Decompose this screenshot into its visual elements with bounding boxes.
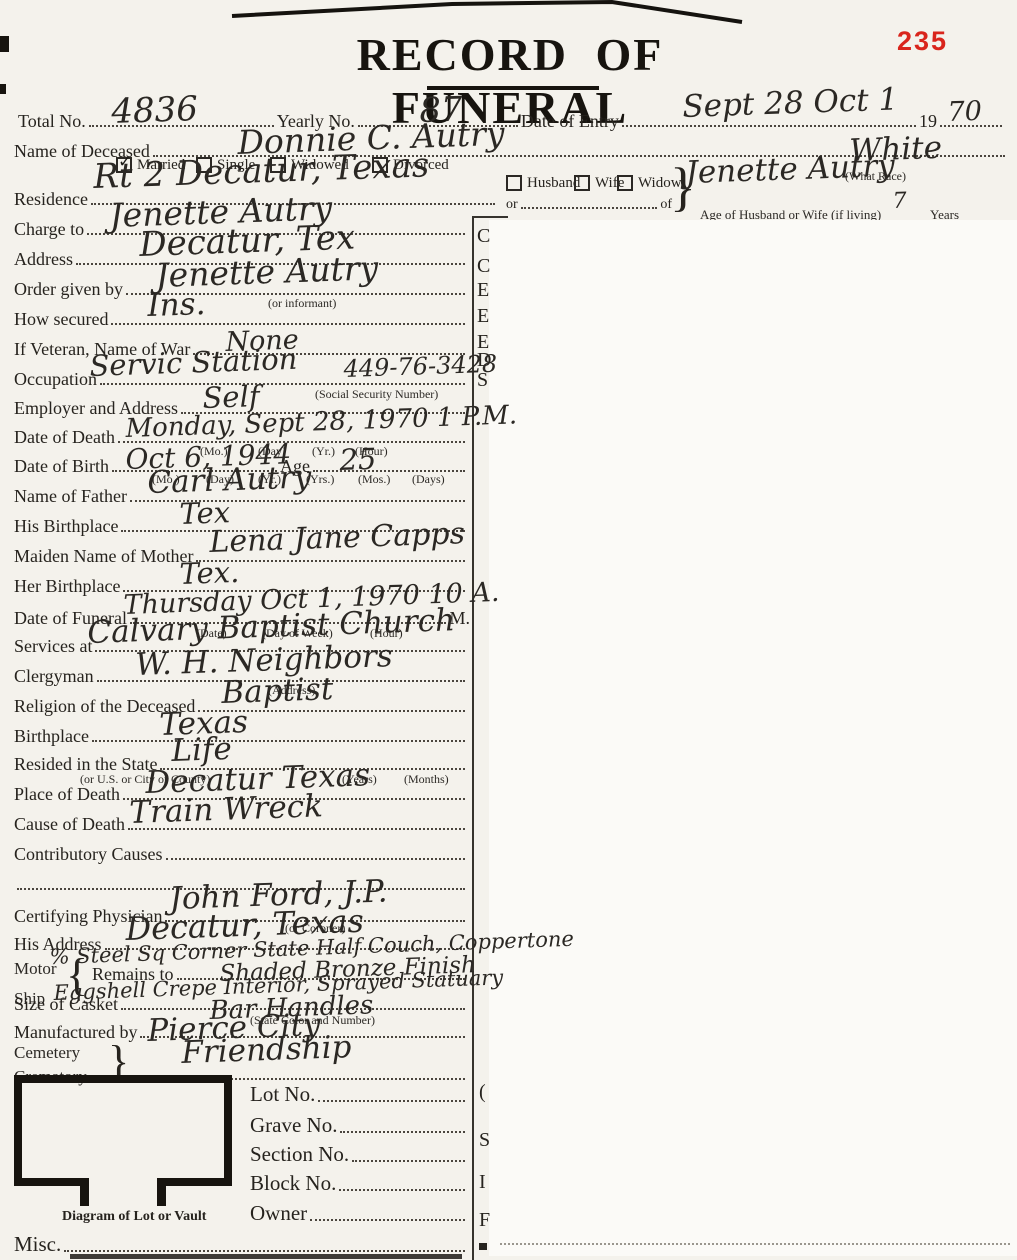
hw-employer: Self — [202, 382, 260, 413]
field-lot-no: Lot No. — [250, 1081, 468, 1107]
how-secured-label: How secured — [14, 310, 108, 330]
field-block-no: Block No. — [250, 1170, 468, 1196]
cemetery-label: Cemetery — [14, 1044, 80, 1061]
hw-cause-of-death: Train Wreck — [129, 791, 323, 829]
lot-vault-diagram — [14, 1075, 236, 1210]
field-section-no: Section No. — [250, 1141, 468, 1167]
or-of-row: or of — [506, 192, 672, 214]
hw-how-secured: Ins. — [147, 289, 206, 322]
cutoff-letter: E — [477, 280, 489, 300]
scan-artifact-mark — [0, 84, 6, 94]
grave-no-label: Grave No. — [250, 1115, 337, 1138]
funeral-record-page: 235 RECORD OF FUNERAL Total No. Yearly N… — [0, 0, 1017, 1260]
cutoff-letter: C — [477, 226, 490, 246]
date-of-death-label: Date of Death — [14, 428, 115, 448]
date-of-birth-label: Date of Birth — [14, 457, 109, 477]
diagram-caption: Diagram of Lot or Vault — [62, 1209, 206, 1225]
charge-to-label: Charge to — [14, 220, 84, 240]
dotted-line — [310, 1219, 465, 1221]
field-contributory: Contributory Causes — [14, 839, 468, 865]
year-prefix: 19 — [919, 112, 937, 132]
cutoff-letter: F — [479, 1210, 490, 1230]
dotted-line — [622, 125, 916, 127]
address-label: Address — [14, 250, 73, 270]
cutoff-letter: S — [479, 1130, 490, 1150]
or-label: or — [506, 198, 518, 214]
page-number: 235 — [897, 26, 948, 57]
hw-total-no: 4836 — [111, 92, 199, 129]
column-divider-tick — [474, 216, 508, 218]
hw-date-of-entry: Sept 28 Oct 1 — [682, 84, 899, 123]
mother-label: Maiden Name of Mother — [14, 547, 193, 567]
clergyman-label: Clergyman — [14, 667, 94, 687]
cutoff-letter: I — [479, 1172, 486, 1192]
hw-cemetery: Friendship — [181, 1032, 352, 1069]
owner-label: Owner — [250, 1203, 307, 1226]
dotted-line — [64, 1250, 465, 1252]
birthplace-label: Birthplace — [14, 727, 89, 747]
block-no-label: Block No. — [250, 1173, 336, 1196]
hw-occupation: Servic Station — [89, 345, 298, 381]
hw-father: Carl Autry — [147, 462, 312, 499]
covering-blank-page — [489, 220, 1017, 1256]
dotted-line — [92, 740, 465, 742]
occupation-label: Occupation — [14, 370, 97, 390]
section-no-label: Section No. — [250, 1144, 349, 1167]
father-label: Name of Father — [14, 487, 127, 507]
his-birthplace-label: His Birthplace — [14, 517, 118, 537]
scan-artifact-bottom-bar — [70, 1254, 462, 1259]
dotted-line — [521, 207, 658, 209]
misc-label: Misc. — [14, 1234, 61, 1257]
dotted-line — [100, 383, 465, 385]
hw-age: 25 — [339, 445, 377, 475]
field-grave-no: Grave No. — [250, 1112, 468, 1138]
date-of-entry-label: Date of Entry — [521, 112, 619, 132]
dotted-line — [339, 1189, 465, 1191]
dotted-line — [352, 1160, 465, 1162]
hw-spouse-name: Jenette Autry — [685, 151, 895, 189]
hw-spouse-age: 7 — [892, 191, 907, 213]
hw-mother: Lena Jane Capps — [209, 519, 465, 558]
lot-no-label: Lot No. — [250, 1084, 315, 1107]
husband-checkbox-box — [506, 175, 522, 191]
field-owner: Owner — [250, 1200, 468, 1226]
contributory-label: Contributory Causes — [14, 845, 163, 865]
checkbox-husband: Husband — [506, 175, 580, 191]
total-no-label: Total No. — [18, 112, 86, 132]
husband-label: Husband — [527, 176, 580, 191]
cutoff-mark — [479, 1243, 487, 1250]
hw-entry-year: 70 — [947, 98, 982, 126]
dotted-line — [166, 858, 466, 860]
cutoff-letter: ( — [479, 1082, 486, 1102]
services-at-label: Services at — [14, 637, 92, 657]
place-of-death-label: Place of Death — [14, 785, 120, 805]
cutoff-letter: E — [477, 306, 489, 326]
cause-of-death-label: Cause of Death — [14, 815, 125, 835]
scan-artifact-line — [0, 0, 800, 30]
widow-checkbox-box — [617, 175, 633, 191]
hw-her-birthplace: Tex. — [179, 558, 240, 589]
wife-checkbox-box — [574, 175, 590, 191]
bottom-dotted-line — [500, 1243, 1010, 1245]
hw-ssn: 449-76-3428 — [343, 352, 497, 381]
cutoff-letter: C — [477, 256, 490, 276]
scan-artifact-mark — [0, 36, 9, 52]
dotted-line — [318, 1100, 465, 1102]
her-birthplace-label: Her Birthplace — [14, 577, 120, 597]
dotted-line — [340, 1131, 465, 1133]
residence-label: Residence — [14, 190, 88, 210]
order-given-by-label: Order given by — [14, 280, 123, 300]
